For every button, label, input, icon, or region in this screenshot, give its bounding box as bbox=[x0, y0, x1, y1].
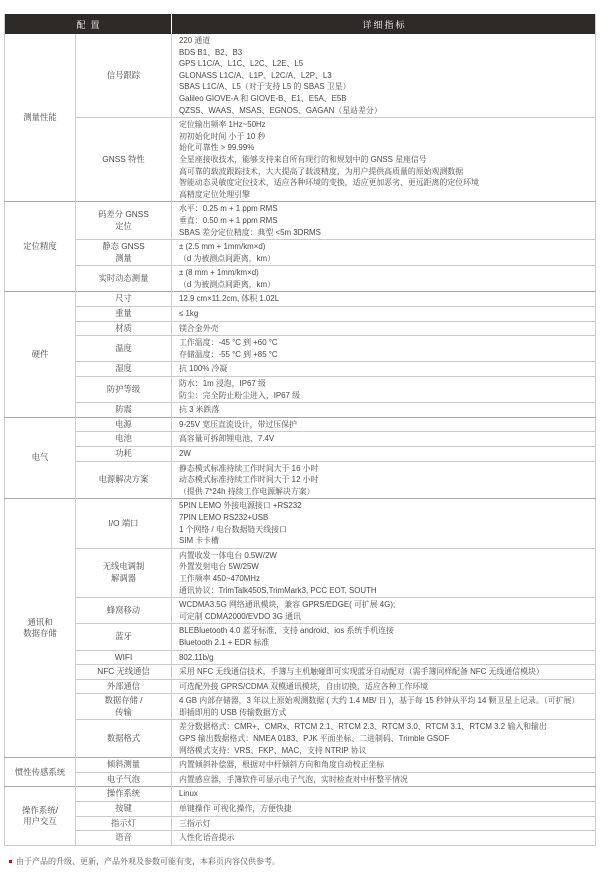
spec-line: 可选配外接 GPRS/CDMA 双模通讯模块，自由切换，适应各种工作环境 bbox=[179, 681, 588, 693]
table-row: 电气电源9-25V 宽压直流设计，带过压保护 bbox=[5, 417, 596, 432]
spec-value: 内置感应器，手簿软件可显示电子气泡，实时检查对中杆整平情况 bbox=[172, 772, 596, 787]
spec-name: 防震 bbox=[76, 403, 172, 418]
spec-line: 即插即用的 USB 传输数据方式 bbox=[179, 707, 588, 719]
table-row: 无线电调制 解调器内置收发一体电台 0.5W/2W外置发射电台 5W/25W工作… bbox=[5, 548, 596, 597]
spec-line: BLEBluetooth 4.0 蓝牙标准，支持 android、ios 系统手… bbox=[179, 625, 588, 637]
spec-value: WCDMA3.5G 网络通讯模块，兼容 GPRS/EDGE( 可扩展 4G);可… bbox=[172, 598, 596, 624]
table-row: 通讯和 数据存储I/O 端口5PIN LEMO 外接电源接口 +RS2327PI… bbox=[5, 499, 596, 548]
spec-name: 静态 GNSS 测量 bbox=[76, 240, 172, 266]
table-row: 电子气泡内置感应器，手簿软件可显示电子气泡，实时检查对中杆整平情况 bbox=[5, 772, 596, 787]
table-row: 材质镁合金外壳 bbox=[5, 321, 596, 336]
spec-line: 外置发射电台 5W/25W bbox=[179, 561, 588, 573]
spec-value: 4 GB 内部存储器，3 年以上原始观测数据 ( 大约 1.4 MB/ 日 )，… bbox=[172, 694, 596, 720]
table-row: 功耗2W bbox=[5, 447, 596, 462]
spec-name: 电源解决方案 bbox=[76, 461, 172, 499]
spec-name: 数据存储 / 传输 bbox=[76, 694, 172, 720]
spec-line: 三指示灯 bbox=[179, 818, 588, 830]
spec-name: 信号跟踪 bbox=[76, 34, 172, 118]
spec-name: 数据格式 bbox=[76, 720, 172, 758]
group-label: 操作系统/ 用户交互 bbox=[5, 787, 76, 845]
table-row: 蓝牙BLEBluetooth 4.0 蓝牙标准，支持 android、ios 系… bbox=[5, 624, 596, 650]
spec-name: 功耗 bbox=[76, 447, 172, 462]
table-row: 静态 GNSS 测量± (2.5 mm + 1mm/km×d)（d 为被测点间距… bbox=[5, 240, 596, 266]
spec-name: WIFI bbox=[76, 650, 172, 665]
spec-name: 尺寸 bbox=[76, 292, 172, 307]
spec-line: 7PIN LEMO RS232+USB bbox=[179, 512, 588, 524]
group-label: 测量性能 bbox=[5, 34, 76, 202]
footnote: 由于产品的升级、更新，产品外观及参数可能有变，本彩页内容仅供参考。 bbox=[4, 856, 596, 867]
spec-line: 802.11b/g bbox=[179, 652, 588, 664]
spec-value: 802.11b/g bbox=[172, 650, 596, 665]
spec-line: 镁合金外壳 bbox=[179, 323, 588, 335]
spec-line: 9-25V 宽压直流设计，带过压保护 bbox=[179, 419, 588, 431]
spec-sheet-page: 配置 详细指标 测量性能信号跟踪220 通道BDS B1、B2、B3GPS L1… bbox=[0, 0, 600, 867]
group-label: 通讯和 数据存储 bbox=[5, 499, 76, 758]
spec-value: 抗 100% 冷凝 bbox=[172, 362, 596, 377]
spec-value: 水平：0.25 m + 1 ppm RMS垂直：0.50 m + 1 ppm R… bbox=[172, 202, 596, 240]
spec-value: 高容量可拆卸锂电池，7.4V bbox=[172, 432, 596, 447]
spec-line: （d 为被测点间距离，km） bbox=[179, 279, 588, 291]
spec-value: 12.9 cm×11.2cm, 体积 1.02L bbox=[172, 292, 596, 307]
spec-name: 指示灯 bbox=[76, 816, 172, 831]
spec-name: 实时动态测量 bbox=[76, 266, 172, 292]
spec-line: 抗 100% 冷凝 bbox=[179, 363, 588, 375]
spec-line: SBAS 差分定位精度：典型 <5m 3DRMS bbox=[179, 227, 588, 239]
spec-name: 湿度 bbox=[76, 362, 172, 377]
table-row: 实时动态测量± (8 mm + 1mm/km×d)（d 为被测点间距离，km） bbox=[5, 266, 596, 292]
spec-value: ± (8 mm + 1mm/km×d)（d 为被测点间距离，km） bbox=[172, 266, 596, 292]
spec-line: ± (2.5 mm + 1mm/km×d) bbox=[179, 241, 588, 253]
spec-line: GPS 输出数据格式：NMEA 0183、PJK 平面坐标、二进制码、Trimb… bbox=[179, 733, 588, 745]
spec-line: 单键操作 可视化操作，方便快捷 bbox=[179, 803, 588, 815]
spec-value: 抗 3 米跌落 bbox=[172, 403, 596, 418]
table-row: NFC 无线通信采用 NFC 无线通信技术，手簿与主机触碰即可实现蓝牙自动配对（… bbox=[5, 665, 596, 680]
spec-line: 始化可靠性 > 99.99% bbox=[179, 142, 588, 154]
spec-line: SIM 卡卡槽 bbox=[179, 535, 588, 547]
spec-line: 工作温度：-45 °C 到 +60 °C bbox=[179, 337, 588, 349]
spec-line: 全星座接收技术，能够支持来自所有现行的和规划中的 GNSS 星座信号 bbox=[179, 154, 588, 166]
spec-value: Linux bbox=[172, 787, 596, 802]
spec-value: 静态模式标准持续工作时间大于 16 小时动态模式标准持续工作时间大于 12 小时… bbox=[172, 461, 596, 499]
spec-name: 电源 bbox=[76, 417, 172, 432]
spec-value: 差分数据格式：CMR+、CMRx、RTCM 2.1、RTCM 2.3、RTCM … bbox=[172, 720, 596, 758]
spec-value: 可选配外接 GPRS/CDMA 双模通讯模块，自由切换，适应各种工作环境 bbox=[172, 679, 596, 694]
spec-name: I/O 端口 bbox=[76, 499, 172, 548]
spec-line: 工作频率 450~470MHz bbox=[179, 573, 588, 585]
header-config-label: 配置 bbox=[5, 14, 172, 34]
spec-line: GLONASS L1C/A、L1P、L2C/A、L2P、L3 bbox=[179, 70, 588, 82]
spec-line: 内置感应器，手簿软件可显示电子气泡，实时检查对中杆整平情况 bbox=[179, 774, 588, 786]
spec-line: （提供 7*24h 持续工作电源解决方案） bbox=[179, 486, 588, 498]
spec-name: 温度 bbox=[76, 336, 172, 362]
table-row: GNSS 特性定位输出频率 1Hz~50Hz初初始化时间 小于 10 秒始化可靠… bbox=[5, 118, 596, 202]
spec-line: 2W bbox=[179, 448, 588, 460]
spec-line: 存储温度：-55 °C 到 +85 °C bbox=[179, 349, 588, 361]
spec-value: 内置倾斜补偿器，根据对中杆倾斜方向和角度自动校正坐标 bbox=[172, 758, 596, 773]
spec-line: 内置倾斜补偿器，根据对中杆倾斜方向和角度自动校正坐标 bbox=[179, 759, 588, 771]
spec-line: 4 GB 内部存储器，3 年以上原始观测数据 ( 大约 1.4 MB/ 日 )，… bbox=[179, 695, 588, 707]
table-row: 重量≤ 1kg bbox=[5, 307, 596, 322]
spec-line: 差分数据格式：CMR+、CMRx、RTCM 2.1、RTCM 2.3、RTCM … bbox=[179, 721, 588, 733]
table-row: 语音人性化语音提示 bbox=[5, 831, 596, 846]
table-row: 操作系统/ 用户交互操作系统Linux bbox=[5, 787, 596, 802]
spec-line: 人性化语音提示 bbox=[179, 832, 588, 844]
footnote-bullet-icon bbox=[9, 860, 12, 863]
spec-line: Galileo GIOVE-A 和 GIOVE-B、E1、E5A、E5B bbox=[179, 93, 588, 105]
spec-value: 镁合金外壳 bbox=[172, 321, 596, 336]
spec-value: 2W bbox=[172, 447, 596, 462]
spec-name: 蜂窝移动 bbox=[76, 598, 172, 624]
table-row: 防护等级防水：1m 浸泡，IP67 级防尘：完全防止粉尘进入，IP67 级 bbox=[5, 377, 596, 403]
spec-value: 三指示灯 bbox=[172, 816, 596, 831]
spec-line: （d 为被测点间距离，km） bbox=[179, 253, 588, 265]
table-row: 湿度抗 100% 冷凝 bbox=[5, 362, 596, 377]
spec-line: 高容量可拆卸锂电池，7.4V bbox=[179, 433, 588, 445]
table-row: 定位精度码差分 GNSS 定位水平：0.25 m + 1 ppm RMS垂直：0… bbox=[5, 202, 596, 240]
group-label: 硬件 bbox=[5, 292, 76, 417]
table-row: 电池高容量可拆卸锂电池，7.4V bbox=[5, 432, 596, 447]
spec-name: 无线电调制 解调器 bbox=[76, 548, 172, 597]
spec-line: 垂直：0.50 m + 1 ppm RMS bbox=[179, 215, 588, 227]
spec-line: 可定制 CDMA2000/EVDO 3G 通讯 bbox=[179, 611, 588, 623]
spec-name: GNSS 特性 bbox=[76, 118, 172, 202]
table-row: 外部通信可选配外接 GPRS/CDMA 双模通讯模块，自由切换，适应各种工作环境 bbox=[5, 679, 596, 694]
spec-value: 人性化语音提示 bbox=[172, 831, 596, 846]
group-label: 电气 bbox=[5, 417, 76, 499]
spec-value: 工作温度：-45 °C 到 +60 °C存储温度：-55 °C 到 +85 °C bbox=[172, 336, 596, 362]
spec-line: Linux bbox=[179, 788, 588, 800]
spec-value: 内置收发一体电台 0.5W/2W外置发射电台 5W/25W工作频率 450~47… bbox=[172, 548, 596, 597]
spec-line: ± (8 mm + 1mm/km×d) bbox=[179, 267, 588, 279]
spec-line: 静态模式标准持续工作时间大于 16 小时 bbox=[179, 463, 588, 475]
spec-line: 12.9 cm×11.2cm, 体积 1.02L bbox=[179, 293, 588, 305]
spec-name: 电子气泡 bbox=[76, 772, 172, 787]
spec-line: 防尘：完全防止粉尘进入，IP67 级 bbox=[179, 390, 588, 402]
spec-line: Bluetooth 2.1 + EDR 标准 bbox=[179, 637, 588, 649]
table-row: 蜂窝移动WCDMA3.5G 网络通讯模块，兼容 GPRS/EDGE( 可扩展 4… bbox=[5, 598, 596, 624]
spec-table: 配置 详细指标 测量性能信号跟踪220 通道BDS B1、B2、B3GPS L1… bbox=[4, 14, 596, 846]
spec-value: 220 通道BDS B1、B2、B3GPS L1C/A、L1C、L2C、L2E、… bbox=[172, 34, 596, 118]
spec-name: 电池 bbox=[76, 432, 172, 447]
spec-line: QZSS、WAAS、MSAS、EGNOS、GAGAN（星站差分） bbox=[179, 105, 588, 117]
spec-line: 5PIN LEMO 外接电源接口 +RS232 bbox=[179, 500, 588, 512]
spec-value: ≤ 1kg bbox=[172, 307, 596, 322]
spec-name: 材质 bbox=[76, 321, 172, 336]
spec-line: 初初始化时间 小于 10 秒 bbox=[179, 131, 588, 143]
spec-name: 语音 bbox=[76, 831, 172, 846]
spec-name: 操作系统 bbox=[76, 787, 172, 802]
spec-line: 水平：0.25 m + 1 ppm RMS bbox=[179, 203, 588, 215]
group-label: 惯性传感系统 bbox=[5, 758, 76, 787]
spec-line: 网络模式支持：VRS、FKP、MAC，支持 NTRIP 协议 bbox=[179, 745, 588, 757]
table-row: 惯性传感系统倾斜测量内置倾斜补偿器，根据对中杆倾斜方向和角度自动校正坐标 bbox=[5, 758, 596, 773]
spec-name: 重量 bbox=[76, 307, 172, 322]
table-row: 指示灯三指示灯 bbox=[5, 816, 596, 831]
spec-name: 外部通信 bbox=[76, 679, 172, 694]
spec-line: ≤ 1kg bbox=[179, 308, 588, 320]
spec-value: 防水：1m 浸泡，IP67 级防尘：完全防止粉尘进入，IP67 级 bbox=[172, 377, 596, 403]
spec-value: 采用 NFC 无线通信技术，手簿与主机触碰即可实现蓝牙自动配对（需手簿同样配备 … bbox=[172, 665, 596, 680]
spec-line: 通讯协议：TrimTalk450S,TrimMark3, PCC EOT, SO… bbox=[179, 585, 588, 597]
table-row: 数据格式差分数据格式：CMR+、CMRx、RTCM 2.1、RTCM 2.3、R… bbox=[5, 720, 596, 758]
spec-value: 定位输出频率 1Hz~50Hz初初始化时间 小于 10 秒始化可靠性 > 99.… bbox=[172, 118, 596, 202]
table-row: 温度工作温度：-45 °C 到 +60 °C存储温度：-55 °C 到 +85 … bbox=[5, 336, 596, 362]
table-row: 防震抗 3 米跌落 bbox=[5, 403, 596, 418]
table-row: 测量性能信号跟踪220 通道BDS B1、B2、B3GPS L1C/A、L1C、… bbox=[5, 34, 596, 118]
table-row: 按键单键操作 可视化操作，方便快捷 bbox=[5, 802, 596, 817]
spec-name: 按键 bbox=[76, 802, 172, 817]
spec-line: WCDMA3.5G 网络通讯模块，兼容 GPRS/EDGE( 可扩展 4G); bbox=[179, 599, 588, 611]
spec-value: ± (2.5 mm + 1mm/km×d)（d 为被测点间距离，km） bbox=[172, 240, 596, 266]
spec-line: 定位输出频率 1Hz~50Hz bbox=[179, 119, 588, 131]
spec-name: 蓝牙 bbox=[76, 624, 172, 650]
spec-line: BDS B1、B2、B3 bbox=[179, 47, 588, 59]
table-row: 硬件尺寸12.9 cm×11.2cm, 体积 1.02L bbox=[5, 292, 596, 307]
spec-value: 5PIN LEMO 外接电源接口 +RS2327PIN LEMO RS232+U… bbox=[172, 499, 596, 548]
spec-value: BLEBluetooth 4.0 蓝牙标准，支持 android、ios 系统手… bbox=[172, 624, 596, 650]
spec-line: 智能动态灵敏度定位技术，适应各种环境的变换，适应更加恶劣、更远距离的定位环境 bbox=[179, 177, 588, 189]
spec-value: 9-25V 宽压直流设计，带过压保护 bbox=[172, 417, 596, 432]
spec-line: 内置收发一体电台 0.5W/2W bbox=[179, 550, 588, 562]
table-row: WIFI802.11b/g bbox=[5, 650, 596, 665]
spec-name: 防护等级 bbox=[76, 377, 172, 403]
spec-line: 高可靠的载波跟踪技术，大大提高了载波精度，为用户提供高质量的原始观测数据 bbox=[179, 166, 588, 178]
spec-line: 220 通道 bbox=[179, 35, 588, 47]
spec-name: NFC 无线通信 bbox=[76, 665, 172, 680]
spec-name: 码差分 GNSS 定位 bbox=[76, 202, 172, 240]
spec-line: SBAS L1C/A、L5（对于支持 L5 的 SBAS 卫星） bbox=[179, 81, 588, 93]
spec-line: GPS L1C/A、L1C、L2C、L2E、L5 bbox=[179, 58, 588, 70]
spec-line: 高精度定位处理引擎 bbox=[179, 189, 588, 201]
table-row: 数据存储 / 传输4 GB 内部存储器，3 年以上原始观测数据 ( 大约 1.4… bbox=[5, 694, 596, 720]
table-row: 电源解决方案静态模式标准持续工作时间大于 16 小时动态模式标准持续工作时间大于… bbox=[5, 461, 596, 499]
table-header-row: 配置 详细指标 bbox=[5, 14, 596, 34]
group-label: 定位精度 bbox=[5, 202, 76, 292]
spec-name: 倾斜测量 bbox=[76, 758, 172, 773]
spec-line: 防水：1m 浸泡，IP67 级 bbox=[179, 378, 588, 390]
spec-line: 采用 NFC 无线通信技术，手簿与主机触碰即可实现蓝牙自动配对（需手簿同样配备 … bbox=[179, 666, 588, 678]
header-detail-label: 详细指标 bbox=[172, 14, 596, 34]
spec-value: 单键操作 可视化操作，方便快捷 bbox=[172, 802, 596, 817]
spec-line: 动态模式标准持续工作时间大于 12 小时 bbox=[179, 474, 588, 486]
spec-line: 抗 3 米跌落 bbox=[179, 404, 588, 416]
footnote-text: 由于产品的升级、更新，产品外观及参数可能有变，本彩页内容仅供参考。 bbox=[16, 856, 280, 867]
spec-line: 1 个网络 / 电台数据链天线接口 bbox=[179, 524, 588, 536]
